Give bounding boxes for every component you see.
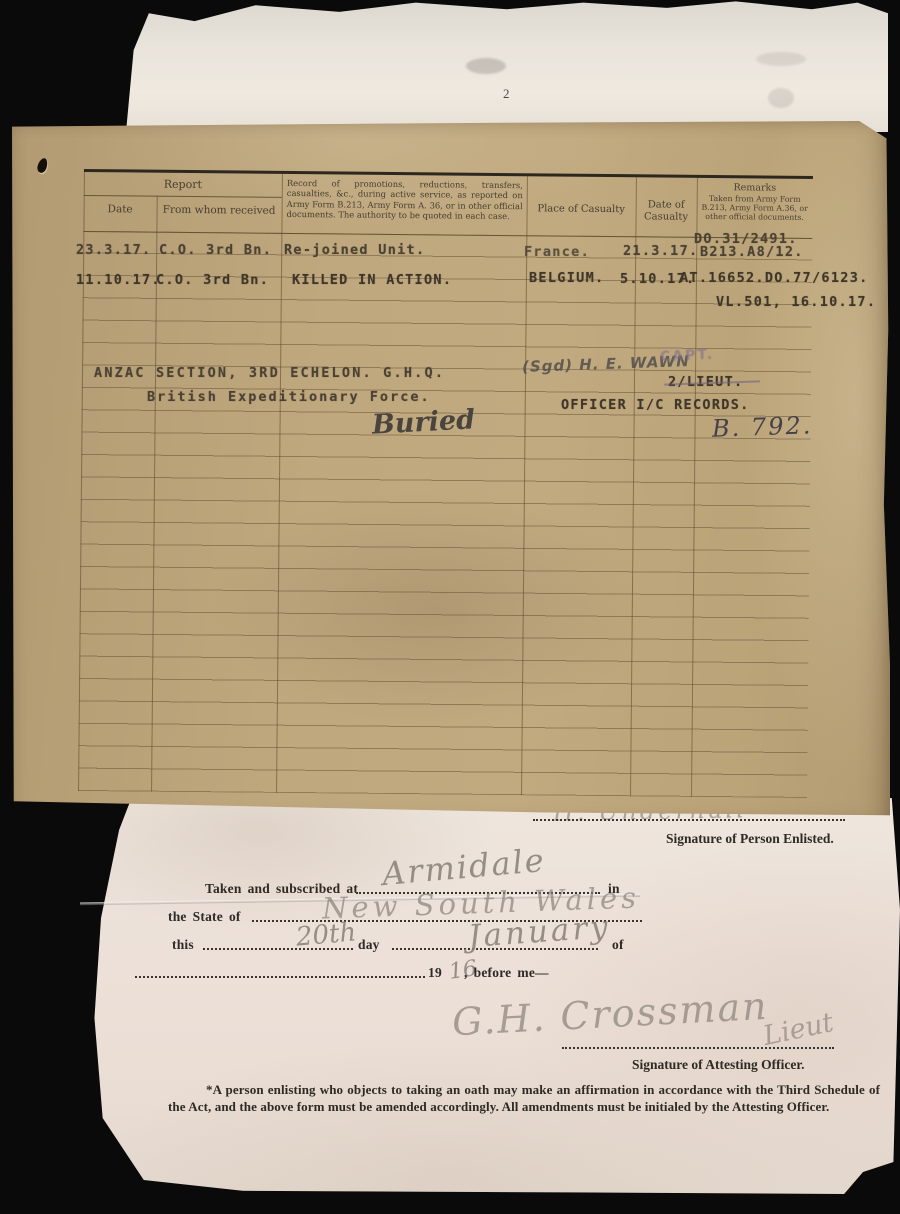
punch-hole bbox=[36, 157, 49, 174]
table-row-rules bbox=[78, 231, 812, 798]
row2-remarks-line2: VL.501, 16.10.17. bbox=[716, 294, 876, 310]
pencil-smudge bbox=[466, 58, 506, 74]
header-record: Record of promotions, reductions, transf… bbox=[287, 178, 523, 222]
enlisted-signature-label: Signature of Person Enlisted. bbox=[666, 831, 834, 847]
header-remarks-body: Taken from Army Form B.213, Army Form A.… bbox=[701, 194, 809, 223]
before-me-text: , before me— bbox=[464, 965, 549, 981]
this-label-text: this bbox=[172, 937, 194, 953]
attesting-signature-label: Signature of Attesting Officer. bbox=[632, 1057, 804, 1073]
paper-top-sheet: 2 bbox=[126, 0, 888, 132]
pencil-smudge bbox=[756, 52, 806, 66]
unit-line2: British Expeditionary Force. bbox=[147, 389, 431, 405]
header-report: Report bbox=[84, 177, 282, 192]
reference-handwriting: B. 792. bbox=[712, 411, 813, 442]
header-date: Date bbox=[84, 203, 157, 216]
row2-remarks-line1: AT.16652.DO.77/6123. bbox=[680, 270, 869, 286]
row1-place: France. bbox=[524, 244, 590, 260]
attesting-dotted-line bbox=[562, 1036, 834, 1049]
of-label-text: of bbox=[612, 937, 624, 953]
capt-rank-stamp: CAPT. bbox=[660, 347, 715, 366]
day-label-text: day bbox=[358, 937, 380, 953]
row1-from: C.O. 3rd Bn. bbox=[159, 242, 272, 258]
header-date-of-casualty: Date of Casualty bbox=[636, 199, 697, 224]
casualty-form-sheet: Report Date From whom received Record of… bbox=[12, 121, 890, 818]
state-label-text: the State of bbox=[168, 909, 241, 925]
header-remarks-title: Remarks bbox=[697, 182, 813, 194]
header-from-whom: From whom received bbox=[157, 204, 282, 217]
scanned-document: 2 H. Underhall Signature of Person Enlis… bbox=[0, 0, 900, 1214]
row2-place: BELGIUM. bbox=[529, 270, 604, 286]
affirmation-footnote: *A person enlisting who objects to takin… bbox=[168, 1081, 880, 1115]
row1-record: Re-joined Unit. bbox=[284, 242, 425, 258]
row1-date: 23.3.17. bbox=[76, 242, 151, 258]
row1-remarks-line2: B213.A8/12. bbox=[700, 244, 804, 260]
casualty-table: Report Date From whom received Record of… bbox=[78, 169, 813, 798]
pencil-smudge bbox=[768, 88, 794, 108]
unit-line1: ANZAC SECTION, 3RD ECHELON. G.H.Q. bbox=[94, 365, 445, 381]
page-number: 2 bbox=[503, 86, 510, 102]
buried-handwriting: Buried bbox=[371, 404, 475, 440]
day-handwriting: 20th bbox=[295, 917, 358, 952]
row2-from: C.O. 3rd Bn. bbox=[156, 272, 269, 288]
officer-records-line: OFFICER I/C RECORDS. bbox=[561, 397, 750, 413]
row2-date: 11.10.17. bbox=[76, 272, 161, 288]
header-place-of-casualty: Place of Casualty bbox=[527, 203, 636, 215]
year-dotted-line bbox=[135, 965, 425, 978]
row2-record: KILLED IN ACTION. bbox=[292, 272, 452, 288]
report-underline bbox=[84, 195, 282, 198]
year-prefix-text: 19 bbox=[428, 965, 442, 981]
row1-casualty-date: 21.3.17. bbox=[623, 243, 698, 259]
